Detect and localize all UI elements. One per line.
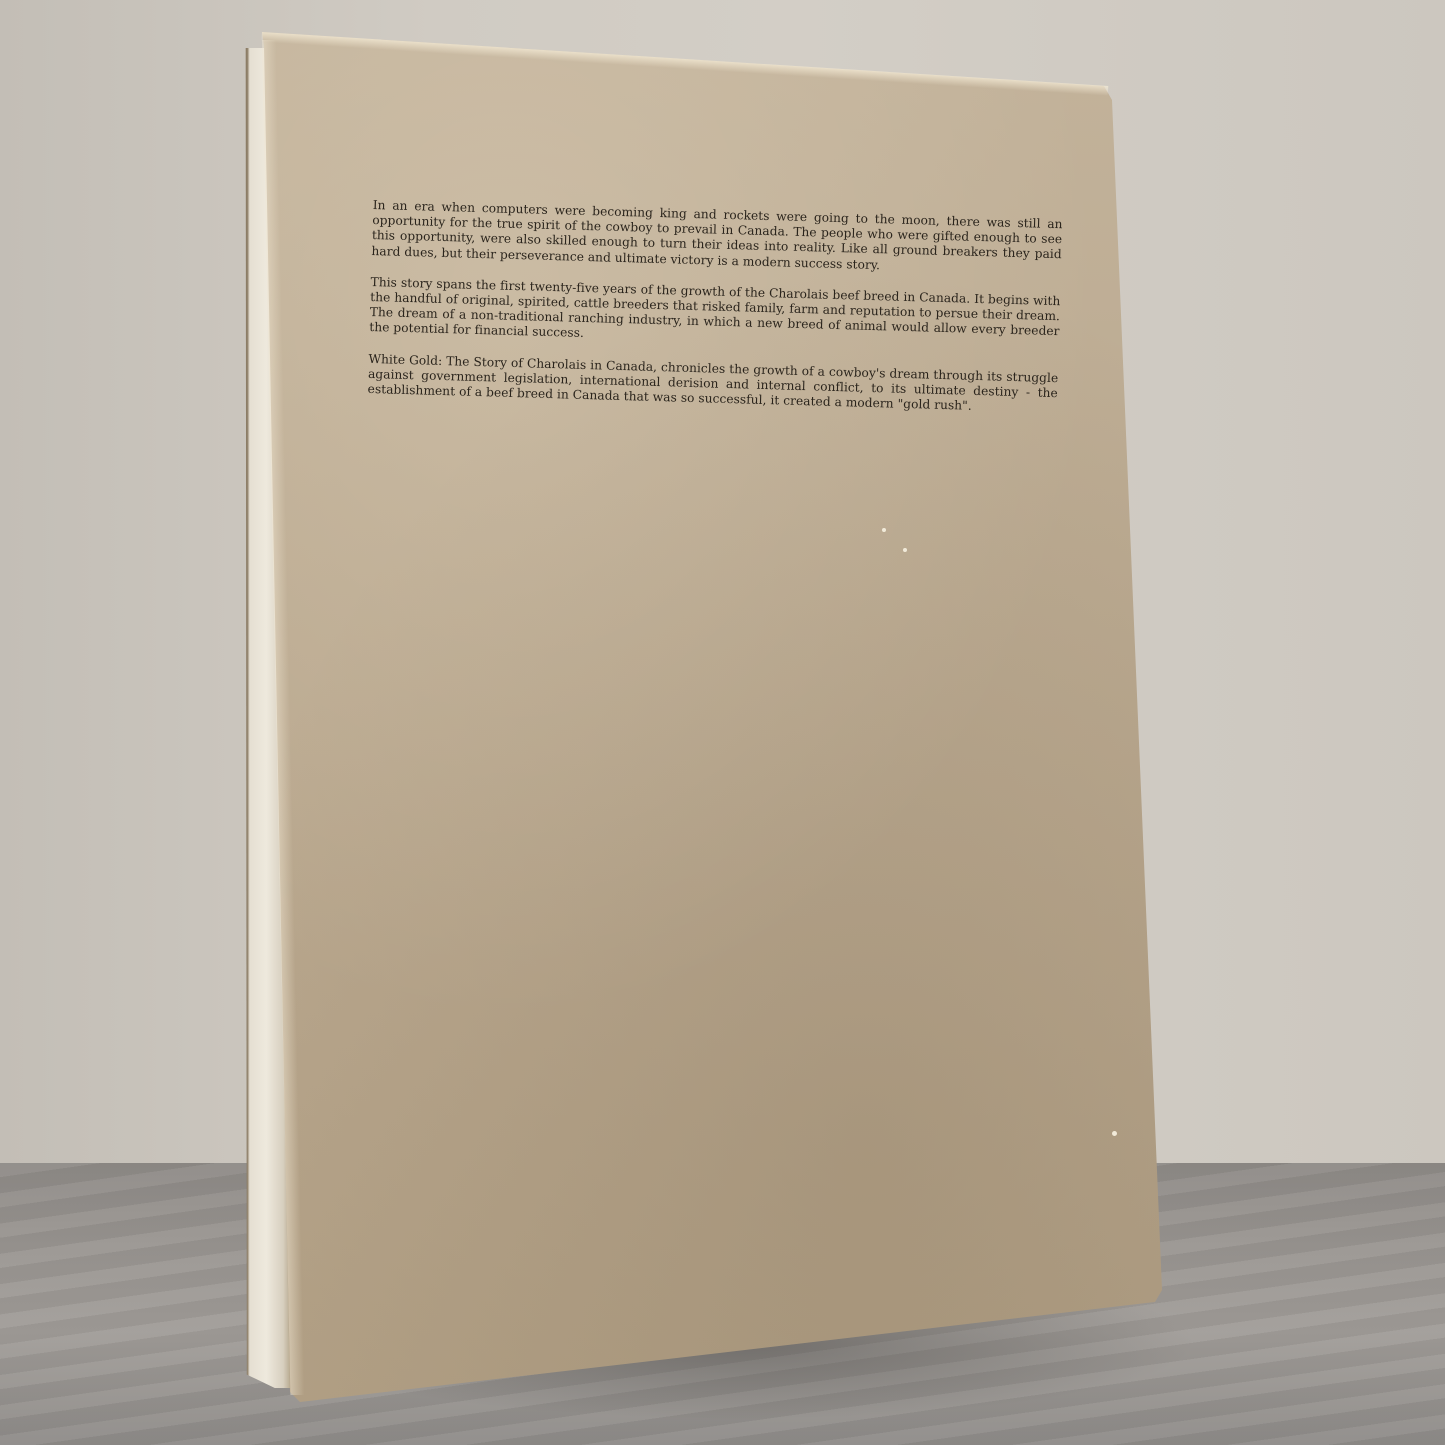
cover-speck xyxy=(882,528,886,532)
blurb-paragraph: White Gold: The Story of Charolais in Ca… xyxy=(367,352,1058,417)
blurb-paragraph: This story spans the first twenty-five y… xyxy=(369,275,1060,355)
back-cover-blurb: In an era when computers were becoming k… xyxy=(367,198,1063,432)
cover-speck xyxy=(1112,1131,1117,1136)
cover-speck xyxy=(903,548,907,552)
